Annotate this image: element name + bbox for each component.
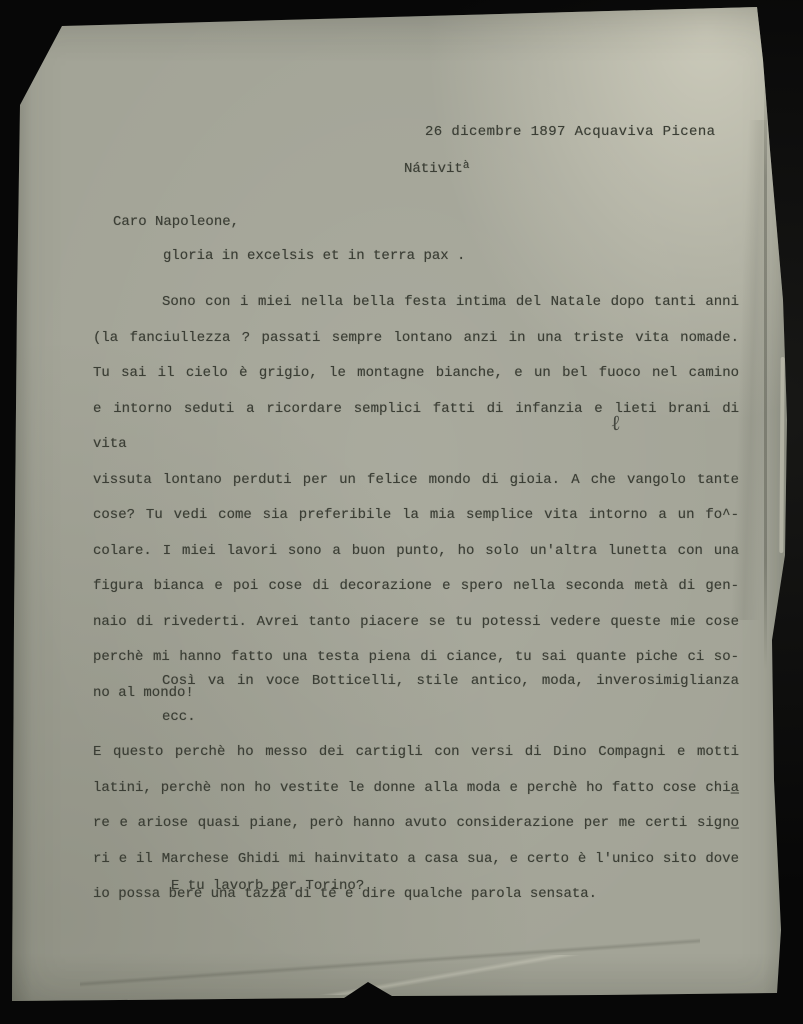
greeting-line: gloria in excelsis et in terra pax . xyxy=(163,248,465,264)
letter-line: E questo perchè ho messo dei cartigli co… xyxy=(93,735,739,771)
letter-line: Tu sai il cielo è grigio, le montagne bi… xyxy=(93,356,739,392)
nativita-text: Nátivit xyxy=(404,161,463,177)
letter-line: (la fanciullezza ? passati sempre lontan… xyxy=(93,321,739,357)
paper-crease xyxy=(320,955,580,995)
letter-line: cose? Tu vedi come sia preferibile la mi… xyxy=(93,498,739,534)
letter-line: Così va in voce Botticelli, stile antico… xyxy=(93,664,739,735)
letter-line: latini, perchè non ho vestite le donne a… xyxy=(93,771,739,807)
scanner-background: 26 dicembre 1897 Acquaviva Picena Nátivi… xyxy=(0,0,803,1024)
nativita-superscript: à xyxy=(463,160,470,172)
closing-question: E tu lavorb per Torino? xyxy=(171,869,571,905)
dateline: 26 dicembre 1897 Acquaviva Picena xyxy=(425,124,715,140)
letter-line: vissuta lontano perduti per un felice mo… xyxy=(93,463,739,499)
nativita-heading: Nátività xyxy=(404,160,469,177)
salutation: Caro Napoleone, xyxy=(113,214,239,230)
letter-line: naio di rivederti. Avrei tanto piacere s… xyxy=(93,605,739,641)
paper-crease xyxy=(700,120,770,620)
letter-line: re e ariose quasi piane, però hanno avut… xyxy=(93,806,739,842)
paper-sheet: 26 dicembre 1897 Acquaviva Picena Nátivi… xyxy=(0,0,803,1024)
paper-edge-flap xyxy=(779,357,784,553)
letter-line: figura bianca e poi cose di decorazione … xyxy=(93,569,739,605)
letter-paragraph-1: Sono con i miei nella bella festa intima… xyxy=(93,285,739,711)
letter-line: e intorno seduti a ricordare semplici fa… xyxy=(93,392,739,463)
letter-line: Sono con i miei nella bella festa intima… xyxy=(93,285,739,321)
letter-line: colare. I miei lavori sono a buon punto,… xyxy=(93,534,739,570)
